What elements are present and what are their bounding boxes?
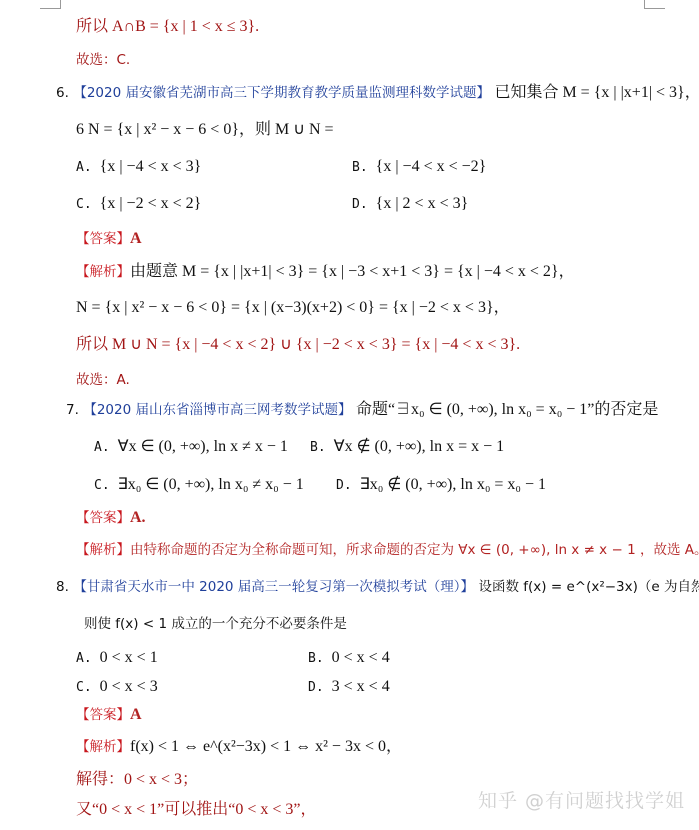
q7-option-b: B.∀x ∉ (0, +∞), ln x = x − 1 bbox=[310, 437, 504, 458]
q7-option-c: C.∃x₀ ∈ (0, +∞), ln x₀ ≠ x₀ − 1 bbox=[94, 475, 304, 496]
q7-analysis: 【解析】由特称命题的否定为全称命题可知，所求命题的否定为 ∀x ∈ (0, +∞… bbox=[76, 540, 699, 560]
q7-option-d: D.∃x₀ ∉ (0, +∞), ln x₀ = x₀ − 1 bbox=[336, 475, 546, 496]
q6-option-d: D.{x | 2 < x < 3} bbox=[352, 194, 468, 215]
q6-analysis-line-1: 【解析】由题意 M = {x | |x+1| < 3} = {x | −3 < … bbox=[76, 262, 575, 282]
zhihu-watermark: 知乎 @有问题找找学姐 bbox=[478, 786, 685, 813]
q7-option-a: A.∀x ∈ (0, +∞), ln x ≠ x − 1 bbox=[94, 437, 288, 458]
page-corner-mark-left bbox=[40, 0, 61, 9]
prev-solution-choice: 故选：C. bbox=[76, 50, 130, 70]
q8-analysis-line-2: 解得：0 < x < 3； bbox=[76, 770, 198, 790]
q6-option-b: B.{x | −4 < x < −2} bbox=[352, 157, 486, 178]
q8-analysis-line-1: 【解析】f(x) < 1 ⇔ e^(x²−3x) < 1 ⇔ x² − 3x <… bbox=[76, 737, 402, 757]
q8-option-b: B.0 < x < 4 bbox=[308, 648, 390, 669]
question-6-header: 6. 【2020 届安徽省芜湖市高三下学期教育教学质量监测理科数学试题】 已知集… bbox=[56, 83, 699, 103]
q8-analysis-line-3: 又“0 < x < 1”可以推出“0 < x < 3”， bbox=[76, 800, 317, 820]
q6-choice: 故选：A. bbox=[76, 370, 130, 390]
q6-analysis-line-2: N = {x | x² − x − 6 < 0} = {x | (x−3)(x+… bbox=[76, 298, 510, 318]
question-7-header: 7. 【2020 届山东省淄博市高三网考数学试题】 命题“∃x₀ ∈ (0, +… bbox=[66, 400, 658, 420]
q8-option-d: D.3 < x < 4 bbox=[308, 677, 390, 698]
prev-solution-line: 所以 A∩B = {x | 1 < x ≤ 3}. bbox=[76, 17, 259, 37]
question-6-stem-line2: 6 N = {x | x² − x − 6 < 0}，则 M ∪ N = bbox=[76, 120, 334, 140]
question-8-header: 8. 【甘肃省天水市一中 2020 届高三一轮复习第一次模拟考试（理）】 设函数… bbox=[56, 577, 699, 597]
q7-answer: 【答案】A. bbox=[76, 508, 146, 528]
q6-option-c: C.{x | −2 < x < 2} bbox=[76, 194, 201, 215]
question-stem: 已知集合 M = {x | |x+1| < 3}， bbox=[494, 84, 699, 101]
q8-option-a: A.0 < x < 1 bbox=[76, 648, 158, 669]
q6-analysis-line-3: 所以 M ∪ N = {x | −4 < x < 2} ∪ {x | −2 < … bbox=[76, 335, 520, 355]
question-number: 6. bbox=[56, 85, 69, 101]
q8-stem-line2: 则使 f(x) < 1 成立的一个充分不必要条件是 bbox=[84, 614, 347, 634]
q6-option-a: A.{x | −4 < x < 3} bbox=[76, 157, 201, 178]
page-corner-mark-right bbox=[644, 0, 665, 9]
q8-answer: 【答案】A bbox=[76, 705, 142, 725]
question-source: 【2020 届安徽省芜湖市高三下学期教育教学质量监测理科数学试题】 bbox=[73, 85, 490, 101]
q6-answer: 【答案】A bbox=[76, 229, 142, 249]
q8-option-c: C.0 < x < 3 bbox=[76, 677, 158, 698]
